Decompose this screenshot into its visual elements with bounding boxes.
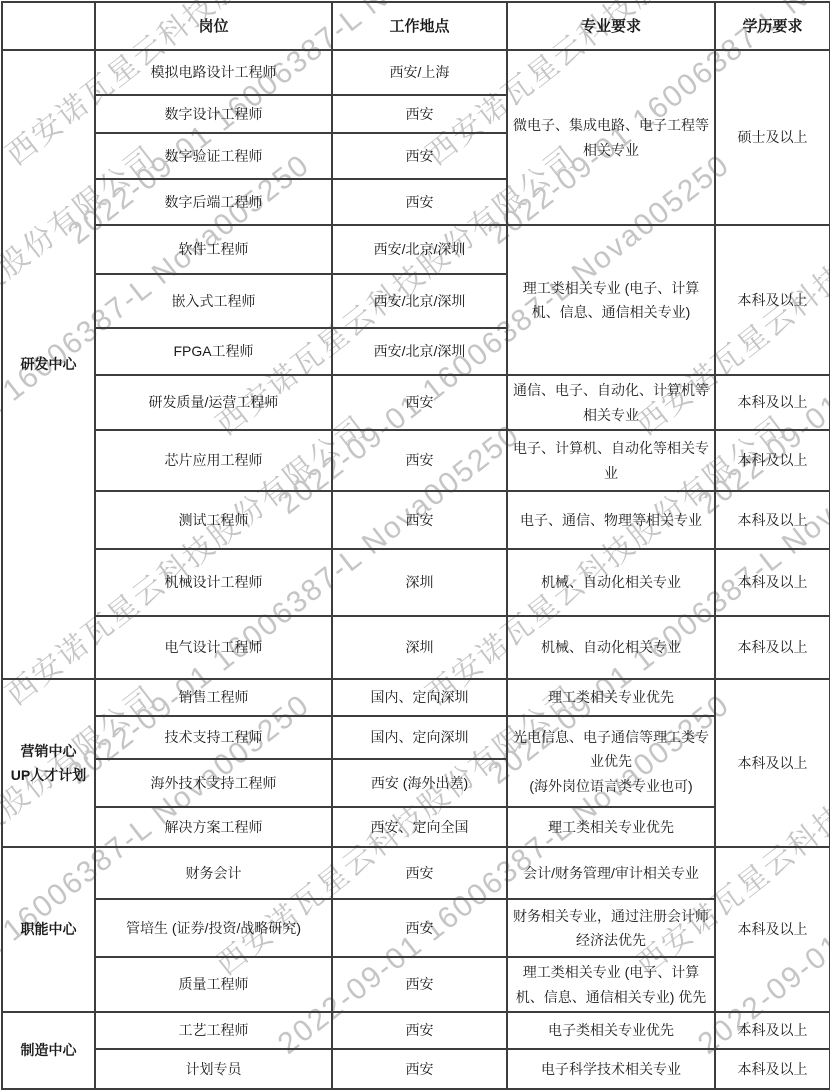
- cell-position: 电气设计工程师: [95, 616, 332, 679]
- cell-location: 西安: [332, 491, 507, 549]
- cell-degree: 本科及以上: [715, 1012, 830, 1049]
- table-row: 研发质量/运营工程师西安通信、电子、自动化、计算机等相关专业本科及以上: [2, 375, 830, 430]
- cell-location: 国内、定向深圳: [332, 679, 507, 716]
- cell-category: 制造中心: [2, 1012, 95, 1089]
- cell-position: 嵌入式工程师: [95, 274, 332, 328]
- cell-position: 数字后端工程师: [95, 179, 332, 225]
- cell-location: 国内、定向深圳: [332, 716, 507, 759]
- cell-major: 微电子、集成电路、电子工程等相关专业: [507, 50, 715, 225]
- cell-major: 电子、计算机、自动化等相关专业: [507, 430, 715, 491]
- cell-degree: 本科及以上: [715, 1049, 830, 1089]
- cell-major: 光电信息、电子通信等理工类专业优先 (海外岗位语言类专业也可): [507, 716, 715, 807]
- cell-position: 质量工程师: [95, 957, 332, 1012]
- table-row: 电气设计工程师深圳机械、自动化相关专业本科及以上: [2, 616, 830, 679]
- cell-location: 西安: [332, 179, 507, 225]
- cell-position: 研发质量/运营工程师: [95, 375, 332, 430]
- cell-degree: 本科及以上: [715, 847, 830, 1012]
- cell-location: 西安: [332, 847, 507, 899]
- table-row: 研发中心模拟电路设计工程师西安/上海微电子、集成电路、电子工程等相关专业硕士及以…: [2, 50, 830, 95]
- cell-degree: 本科及以上: [715, 491, 830, 549]
- table-row: 解决方案工程师西安、定向全国理工类相关专业优先: [2, 807, 830, 847]
- cell-location: 深圳: [332, 549, 507, 616]
- cell-major: 理工类相关专业 (电子、计算机、信息、通信相关专业): [507, 225, 715, 375]
- cell-major: 电子类相关专业优先: [507, 1012, 715, 1049]
- table-row: 计划专员西安电子科学技术相关专业本科及以上: [2, 1049, 830, 1089]
- header-row: 岗位 工作地点 专业要求 学历要求: [2, 2, 830, 50]
- cell-major: 电子、通信、物理等相关专业: [507, 491, 715, 549]
- cell-major: 会计/财务管理/审计相关专业: [507, 847, 715, 899]
- cell-position: 芯片应用工程师: [95, 430, 332, 491]
- recruitment-table-page: 西安诺瓦星云科技股份有限公司2022-09-01 16006387-L Nova…: [0, 0, 830, 1092]
- cell-location: 西安: [332, 1012, 507, 1049]
- cell-position: 软件工程师: [95, 225, 332, 274]
- cell-location: 西安/上海: [332, 50, 507, 95]
- table-row: 机械设计工程师深圳机械、自动化相关专业本科及以上: [2, 549, 830, 616]
- cell-major: 机械、自动化相关专业: [507, 616, 715, 679]
- cell-location: 西安: [332, 899, 507, 957]
- cell-category: 职能中心: [2, 847, 95, 1012]
- cell-position: 模拟电路设计工程师: [95, 50, 332, 95]
- cell-position: 技术支持工程师: [95, 716, 332, 759]
- cell-location: 西安: [332, 133, 507, 179]
- cell-major: 电子科学技术相关专业: [507, 1049, 715, 1089]
- table-row: 质量工程师西安理工类相关专业 (电子、计算机、信息、通信相关专业) 优先: [2, 957, 830, 1012]
- recruitment-table: 岗位 工作地点 专业要求 学历要求 研发中心模拟电路设计工程师西安/上海微电子、…: [1, 1, 830, 1090]
- cell-location: 西安/北京/深圳: [332, 225, 507, 274]
- cell-major: 理工类相关专业 (电子、计算机、信息、通信相关专业) 优先: [507, 957, 715, 1012]
- table-row: 营销中心 UP人才计划销售工程师国内、定向深圳理工类相关专业优先本科及以上: [2, 679, 830, 716]
- header-major: 专业要求: [507, 2, 715, 50]
- table-row: 测试工程师西安电子、通信、物理等相关专业本科及以上: [2, 491, 830, 549]
- cell-degree: 硕士及以上: [715, 50, 830, 225]
- cell-degree: 本科及以上: [715, 430, 830, 491]
- cell-degree: 本科及以上: [715, 375, 830, 430]
- cell-position: 财务会计: [95, 847, 332, 899]
- cell-category: 营销中心 UP人才计划: [2, 679, 95, 847]
- cell-location: 西安: [332, 1049, 507, 1089]
- cell-major: 财务相关专业，通过注册会计师经济法优先: [507, 899, 715, 957]
- cell-location: 西安: [332, 957, 507, 1012]
- cell-position: 机械设计工程师: [95, 549, 332, 616]
- cell-location: 西安: [332, 430, 507, 491]
- cell-location: 西安: [332, 95, 507, 133]
- cell-position: 工艺工程师: [95, 1012, 332, 1049]
- header-degree: 学历要求: [715, 2, 830, 50]
- cell-category: 研发中心: [2, 50, 95, 679]
- table-row: 管培生 (证券/投资/战略研究)西安财务相关专业，通过注册会计师经济法优先: [2, 899, 830, 957]
- cell-position: 计划专员: [95, 1049, 332, 1089]
- cell-position: 解决方案工程师: [95, 807, 332, 847]
- header-category: [2, 2, 95, 50]
- table-row: 职能中心财务会计西安会计/财务管理/审计相关专业本科及以上: [2, 847, 830, 899]
- cell-location: 西安: [332, 375, 507, 430]
- cell-location: 西安、定向全国: [332, 807, 507, 847]
- table-row: 制造中心工艺工程师西安电子类相关专业优先本科及以上: [2, 1012, 830, 1049]
- cell-degree: 本科及以上: [715, 679, 830, 847]
- cell-major: 理工类相关专业优先: [507, 807, 715, 847]
- cell-position: FPGA工程师: [95, 328, 332, 375]
- cell-position: 管培生 (证券/投资/战略研究): [95, 899, 332, 957]
- header-position: 岗位: [95, 2, 332, 50]
- cell-position: 海外技术支持工程师: [95, 759, 332, 807]
- cell-location: 深圳: [332, 616, 507, 679]
- cell-position: 测试工程师: [95, 491, 332, 549]
- cell-location: 西安/北京/深圳: [332, 274, 507, 328]
- table-row: 技术支持工程师国内、定向深圳光电信息、电子通信等理工类专业优先 (海外岗位语言类…: [2, 716, 830, 759]
- cell-location: 西安 (海外出差): [332, 759, 507, 807]
- cell-major: 机械、自动化相关专业: [507, 549, 715, 616]
- cell-major: 理工类相关专业优先: [507, 679, 715, 716]
- cell-position: 销售工程师: [95, 679, 332, 716]
- cell-position: 数字验证工程师: [95, 133, 332, 179]
- cell-degree: 本科及以上: [715, 549, 830, 616]
- header-location: 工作地点: [332, 2, 507, 50]
- cell-position: 数字设计工程师: [95, 95, 332, 133]
- cell-major: 通信、电子、自动化、计算机等相关专业: [507, 375, 715, 430]
- cell-location: 西安/北京/深圳: [332, 328, 507, 375]
- table-row: 芯片应用工程师西安电子、计算机、自动化等相关专业本科及以上: [2, 430, 830, 491]
- cell-degree: 本科及以上: [715, 616, 830, 679]
- table-row: 软件工程师西安/北京/深圳理工类相关专业 (电子、计算机、信息、通信相关专业)本…: [2, 225, 830, 274]
- cell-degree: 本科及以上: [715, 225, 830, 375]
